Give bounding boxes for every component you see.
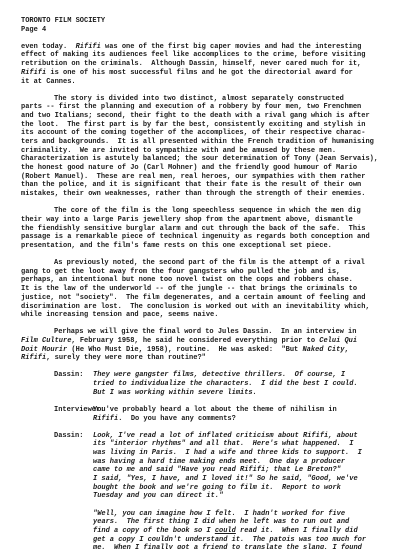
interview-exchange: Dassin:Look, I've read a lot of inflated… — [21, 432, 391, 502]
italic-text: Doit Mourir — [21, 346, 67, 354]
text-line: They were gangster films, detective thri… — [93, 371, 391, 380]
text-line: passage is a remarkable piece of technic… — [21, 233, 391, 242]
text-line: I said, "Yes, I have, and I loved it!" S… — [93, 475, 391, 484]
italic-text: Naked City — [302, 346, 344, 354]
paragraph: even today. Rififi was one of the first … — [21, 43, 391, 86]
text-line: Tuesday and you can direct it." — [93, 492, 391, 501]
text-line: You've probably heard a lot about the th… — [93, 406, 391, 415]
text-line: Doit Mourir (He Who Must Die, 1958), rou… — [21, 346, 391, 355]
italic-text: Rififi — [21, 354, 46, 362]
text-line: Rififi is one of his most successful fil… — [21, 69, 391, 78]
italic-text: get a copy I couldn't understand it. The… — [93, 536, 366, 544]
spacer — [21, 251, 391, 259]
text-line: discrimination are lost. The conclusion … — [21, 303, 391, 312]
page-number: Page 4 — [21, 26, 391, 35]
text-line: the honest good nature of Jo (Carl Mohne… — [21, 164, 391, 173]
spacer — [21, 363, 391, 371]
text-line: it at Cannes. — [21, 78, 391, 87]
text-line: years. The first thing I did when he lef… — [93, 518, 391, 527]
paragraph: Perhaps we will give the final word to J… — [21, 328, 391, 363]
paragraph: The story is divided into two distinct, … — [21, 95, 391, 199]
italic-text: its "interior rhythms" and all that. Her… — [93, 440, 353, 448]
text-line: tried to individualize the characters. I… — [93, 380, 391, 389]
italic-text: years. The first thing I did when he lef… — [93, 518, 349, 526]
text-line: its account of the coming together of th… — [21, 129, 391, 138]
text-line: retribution on the criminals. Although D… — [21, 60, 391, 69]
interview-exchange: Dassin:They were gangster films, detecti… — [21, 371, 391, 397]
underlined-text: could — [215, 527, 236, 535]
text-line: (Robert Manuel). These are real men, rea… — [21, 173, 391, 182]
spacer — [21, 423, 391, 431]
italic-text: was having a hard time making ends meet.… — [93, 458, 345, 466]
text-line: bought the book and we're going to film … — [93, 484, 391, 493]
italic-text: Film Culture — [21, 337, 71, 345]
text-line: The core of the film is the long speechl… — [21, 207, 391, 216]
document-body: even today. Rififi was one of the first … — [21, 43, 391, 549]
text-line: than the police, and it is significant t… — [21, 181, 391, 190]
italic-text: "Well, you can imagine how I felt. I had… — [93, 510, 345, 518]
text-line: came to me and said "Have you read Rifif… — [93, 466, 391, 475]
italic-text: read it. When I finally did — [236, 527, 358, 535]
italic-text: Rififi — [76, 43, 101, 51]
spacer — [21, 320, 391, 328]
text-line: justice, not "society". The film degener… — [21, 294, 391, 303]
spacer — [21, 34, 391, 42]
text-line: presentation, and the film's fame rests … — [21, 242, 391, 251]
spacer — [21, 501, 391, 509]
text-line: even today. Rififi was one of the first … — [21, 43, 391, 52]
text-line: perhaps, an intentional but none too nov… — [21, 276, 391, 285]
italic-text: Celui Qui — [319, 337, 357, 345]
text-line: mistakes, their own weaknesses, rather t… — [21, 190, 391, 199]
speaker-label: Interviewer: — [21, 406, 93, 423]
italic-text: bought the book and we're going to film … — [93, 484, 341, 492]
italic-text: But I was working within severe limits. — [93, 389, 257, 397]
text-line: Rififi. Do you have any comments? — [93, 415, 391, 424]
italic-text: Look, I've read a lot of inflated critic… — [93, 432, 358, 440]
interview-exchange: Interviewer:You've probably heard a lot … — [21, 406, 391, 423]
italic-text: me. When I finally got a friend to trans… — [93, 544, 362, 549]
italic-text: Tuesday and you can direct it." — [93, 492, 223, 500]
text-line: and two Italians; second, their fight to… — [21, 112, 391, 121]
speaker-text: They were gangster films, detective thri… — [93, 371, 391, 397]
text-line: me. When I finally got a friend to trans… — [93, 544, 391, 549]
spacer — [21, 397, 391, 405]
text-line: But I was working within severe limits. — [93, 389, 391, 398]
text-line: Film Culture, February 1958, he said he … — [21, 337, 391, 346]
text-line: its "interior rhythms" and all that. Her… — [93, 440, 391, 449]
spacer — [21, 199, 391, 207]
text-line: gang to get the loot away from the four … — [21, 268, 391, 277]
text-line: the fiendishly sensitive burglar alarm a… — [21, 225, 391, 234]
speaker-label: Dassin: — [21, 432, 93, 502]
italic-text: was living in Paris. I had a wife and th… — [93, 449, 362, 457]
text-line: find a copy of the book so I could read … — [93, 527, 391, 536]
text-line: Perhaps we will give the final word to J… — [21, 328, 391, 337]
italic-text: tried to individualize the characters. I… — [93, 380, 358, 388]
text-line: parts -- first the planning and executio… — [21, 103, 391, 112]
document-page: TORONTO FILM SOCIETY Page 4 even today. … — [21, 17, 391, 549]
spacer — [21, 86, 391, 94]
speaker-text: You've probably heard a lot about the th… — [93, 406, 391, 423]
text-line: was living in Paris. I had a wife and th… — [93, 449, 391, 458]
text-line: "Well, you can imagine how I felt. I had… — [93, 510, 391, 519]
italic-text: I said, "Yes, I have, and I loved it!" S… — [93, 475, 358, 483]
text-line: while increasing tension and pace, seems… — [21, 311, 391, 320]
speaker-label: Dassin: — [21, 371, 93, 397]
text-line: get a copy I couldn't understand it. The… — [93, 536, 391, 545]
text-line: The story is divided into two distinct, … — [21, 95, 391, 104]
organization-header: TORONTO FILM SOCIETY — [21, 17, 391, 26]
text-line: ters and backgrounds. It is all presente… — [21, 138, 391, 147]
italic-text: find a copy of the book so I — [93, 527, 215, 535]
italic-text: Rififi — [93, 415, 118, 423]
text-line: the loot. The first part is by far the b… — [21, 121, 391, 130]
text-line: effect of making its audiences feel like… — [21, 51, 391, 60]
italic-text: They were gangster films, detective thri… — [93, 371, 345, 379]
quote-continuation: "Well, you can imagine how I felt. I had… — [21, 510, 391, 549]
text-line: It is the law of the underworld -- of th… — [21, 285, 391, 294]
paragraph: The core of the film is the long speechl… — [21, 207, 391, 250]
text-line: was having a hard time making ends meet.… — [93, 458, 391, 467]
text-line: Look, I've read a lot of inflated critic… — [93, 432, 391, 441]
italic-text: came to me and said "Have you read Rifif… — [93, 466, 341, 474]
italic-text: Rififi — [21, 69, 46, 77]
text-line: their way into a large Paris jewellery s… — [21, 216, 391, 225]
speaker-text: Look, I've read a lot of inflated critic… — [93, 432, 391, 502]
text-line: Characterization is astutely balanced; t… — [21, 155, 391, 164]
text-line: Rififi, surely they were more than routi… — [21, 354, 391, 363]
text-line: criminality. We are invited to sympathiz… — [21, 147, 391, 156]
paragraph: As previously noted, the second part of … — [21, 259, 391, 320]
text-line: As previously noted, the second part of … — [21, 259, 391, 268]
